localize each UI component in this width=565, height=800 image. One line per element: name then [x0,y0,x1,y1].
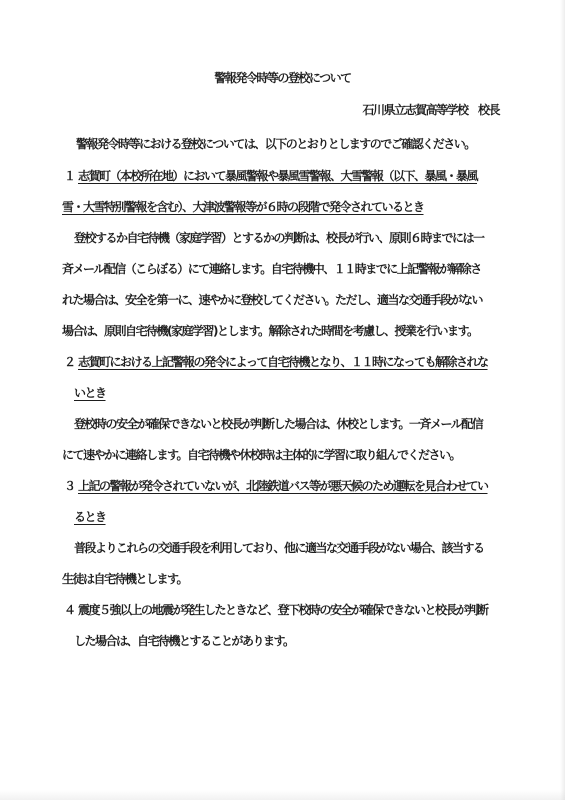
item-1-body-line-4: 場合は、原則自宅待機(家庭学習)とします。解除された時間を考慮し、授業を行います… [62,324,478,338]
intro-text: 警報発令時等における登校については、以下のとおりとしますのでご確認ください。 [76,137,475,151]
item-2-heading-line-1: 志賀町における上記警報の発令によって自宅待機となり、１１時になっても解除されな [78,355,488,369]
document-page: 警報発令時等の登校について 石川県立志賀高等学校 校長 警報発令時等における登校… [0,0,565,800]
item-2-number: ２ [64,355,75,369]
item-1-body-line-1: 登校するか自宅待機（家庭学習）とするかの判断は、校長が行い、原則６時までには一 [74,231,484,245]
item-3-number: ３ [64,479,75,493]
item-2-heading-line-2: いとき [74,386,106,400]
item-2-body-line-2: にて速やかに連絡します。自宅待機や休校時は主体的に学習に取り組んでください。 [62,448,460,462]
item-3-body-line-2: 生徒は自宅待機とします。 [62,572,187,586]
item-1-heading-line-2: 雪・大雪特別警報を含む）、大津波警報等が６時の段階で発令されているとき [62,200,424,214]
signature-school-principal: 石川県立志賀高等学校 校長 [362,103,499,117]
scan-edge-shadow-right [560,0,565,800]
item-4-number: ４ [64,603,75,617]
item-3-body-line-1: 普段よりこれらの交通手段を利用しており、他に適当な交通手段がない場合、該当する [74,541,484,555]
item-1-body-line-2: 斉メール配信（こらぼる）にて連絡します。自宅待機中、１１時までに上記警報が解除さ [62,262,481,276]
item-4-heading-line-2: した場合は、自宅待機とすることがあります。 [74,634,294,648]
page-title: 警報発令時等の登校について [0,71,565,85]
item-3-heading-line-2: るとき [74,510,106,524]
item-2-body-line-1: 登校時の安全が確保できないと校長が判断した場合は、休校とします。一斉メール配信 [74,417,482,431]
item-4-heading-line-1: 震度５強以上の地震が発生したときなど、登下校時の安全が確保できないと校長が判断 [78,603,488,617]
scan-edge-shadow-bottom [0,790,565,800]
item-3-heading-line-1: 上記の警報が発令されていないが、北陸鉄道バス等が悪天候のため運転を見合わせてい [78,479,488,493]
item-1-number: １ [64,169,75,183]
item-1-heading-line-1: 志賀町（本校所在地）において暴風警報や暴風雪警報、大雪警報（以下、暴風・暴風 [78,169,477,183]
item-1-body-line-3: れた場合は、安全を第一に、速やかに登校してください。ただし、適当な交通手段がない [62,293,482,307]
